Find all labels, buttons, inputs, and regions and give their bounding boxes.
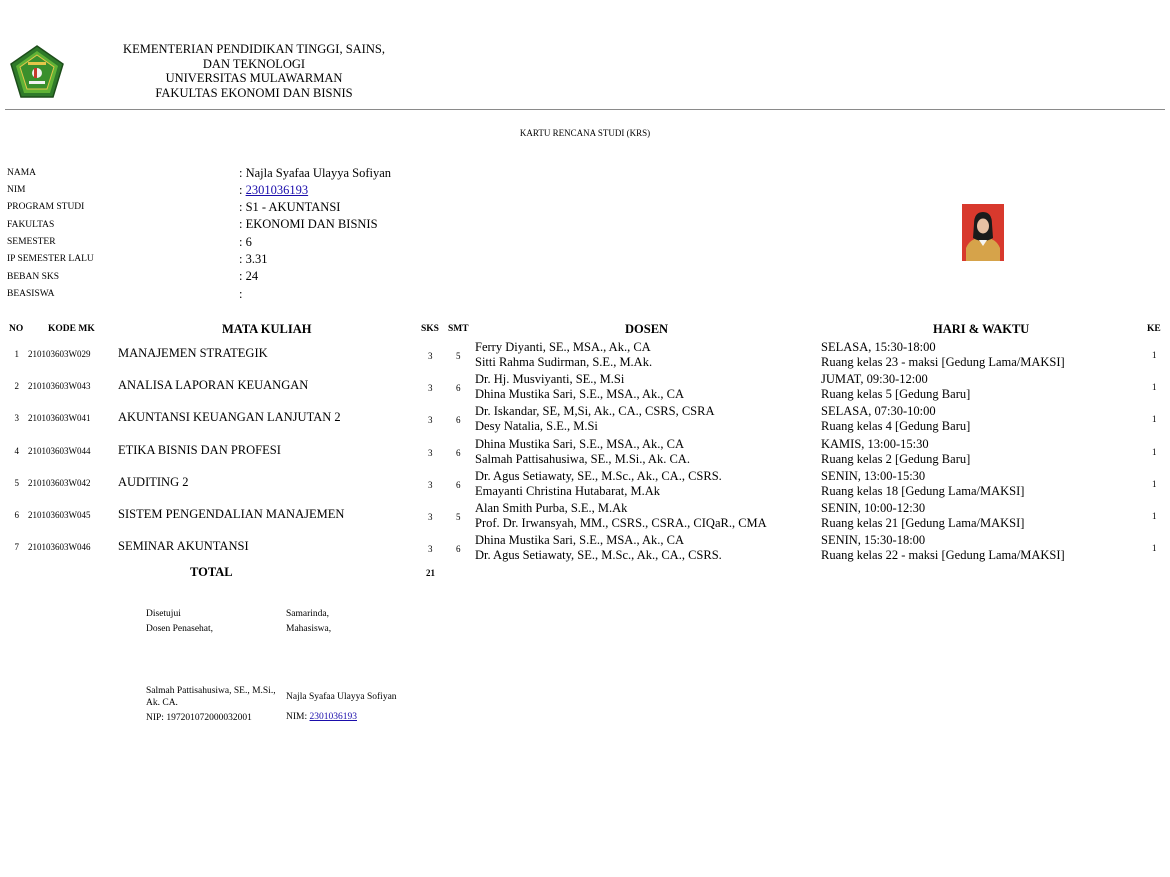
- student-approval: Samarinda, Mahasiswa,: [286, 608, 331, 635]
- row-hari-waktu: KAMIS, 13:00-15:30: [821, 437, 929, 453]
- institution-line: FAKULTAS EKONOMI DAN BISNIS: [104, 86, 404, 101]
- student-photo: [962, 204, 1004, 261]
- row-ke: 1: [1152, 350, 1157, 360]
- row-hari-waktu: SENIN, 13:00-15:30: [821, 469, 925, 485]
- row-dosen-2: Desy Natalia, S.E., M.Si: [475, 419, 598, 435]
- student-portrait-icon: [962, 204, 1004, 261]
- row-no: 2: [9, 381, 19, 391]
- row-dosen-1: Dr. Agus Setiawaty, SE., M.Sc., Ak., CA.…: [475, 469, 722, 485]
- student-nim: NIM: 2301036193: [286, 711, 397, 723]
- row-kode-mk: 210103603W046: [28, 542, 91, 552]
- row-ruang: Ruang kelas 22 - maksi [Gedung Lama/MAKS…: [821, 548, 1065, 564]
- row-sks: 3: [428, 480, 433, 490]
- row-ke: 1: [1152, 447, 1157, 457]
- field-label-fakultas: FAKULTAS: [7, 220, 54, 230]
- row-sks: 3: [428, 415, 433, 425]
- row-dosen-2: Sitti Rahma Sudirman, S.E., M.Ak.: [475, 355, 652, 371]
- row-hari-waktu: SENIN, 15:30-18:00: [821, 533, 925, 549]
- field-label-ip: IP SEMESTER LALU: [7, 254, 94, 264]
- header-sks: SKS: [421, 324, 439, 334]
- total-label: TOTAL: [190, 565, 233, 580]
- institution-header: KEMENTERIAN PENDIDIKAN TINGGI, SAINS, DA…: [104, 42, 404, 100]
- row-dosen-2: Dhina Mustika Sari, S.E., MSA., Ak., CA: [475, 387, 684, 403]
- header-kode-mk: KODE MK: [48, 324, 95, 334]
- field-value-program-studi: : S1 - AKUNTANSI: [239, 200, 340, 215]
- row-smt: 6: [456, 448, 461, 458]
- document-title: KARTU RENCANA STUDI (KRS): [0, 128, 1170, 138]
- field-label-beban-sks: BEBAN SKS: [7, 272, 59, 282]
- row-hari-waktu: SENIN, 10:00-12:30: [821, 501, 925, 517]
- row-kode-mk: 210103603W042: [28, 478, 91, 488]
- row-ruang: Ruang kelas 23 - maksi [Gedung Lama/MAKS…: [821, 355, 1065, 371]
- field-label-semester: SEMESTER: [7, 237, 56, 247]
- row-sks: 3: [428, 383, 433, 393]
- row-mata-kuliah: MANAJEMEN STRATEGIK: [118, 346, 268, 362]
- row-mata-kuliah: SISTEM PENGENDALIAN MANAJEMEN: [118, 507, 344, 523]
- row-sks: 3: [428, 448, 433, 458]
- advisor-signature: Salmah Pattisahusiwa, SE., M.Si., Ak. CA…: [146, 685, 276, 724]
- row-ke: 1: [1152, 414, 1157, 424]
- row-ke: 1: [1152, 479, 1157, 489]
- field-label-nim: NIM: [7, 185, 25, 195]
- row-ke: 1: [1152, 511, 1157, 521]
- advisor-name: Salmah Pattisahusiwa, SE., M.Si.,: [146, 685, 276, 697]
- row-kode-mk: 210103603W045: [28, 510, 91, 520]
- field-value-fakultas: : EKONOMI DAN BISNIS: [239, 217, 378, 232]
- row-ruang: Ruang kelas 21 [Gedung Lama/MAKSI]: [821, 516, 1024, 532]
- row-no: 7: [9, 542, 19, 552]
- row-smt: 6: [456, 383, 461, 393]
- row-ruang: Ruang kelas 2 [Gedung Baru]: [821, 452, 970, 468]
- university-logo: [9, 44, 65, 100]
- total-sks: 21: [426, 568, 435, 578]
- header-smt: SMT: [448, 324, 469, 334]
- nim-link[interactable]: 2301036193: [246, 183, 309, 197]
- institution-line: UNIVERSITAS MULAWARMAN: [104, 71, 404, 86]
- header-divider: [5, 109, 1165, 110]
- row-sks: 3: [428, 351, 433, 361]
- row-smt: 6: [456, 544, 461, 554]
- advisor-name-cont: Ak. CA.: [146, 697, 276, 709]
- header-no: NO: [9, 324, 23, 334]
- row-ke: 1: [1152, 382, 1157, 392]
- field-value-beban-sks: : 24: [239, 269, 258, 284]
- field-label-program-studi: PROGRAM STUDI: [7, 202, 84, 212]
- row-no: 1: [9, 349, 19, 359]
- row-no: 4: [9, 446, 19, 456]
- field-label-nama: NAMA: [7, 168, 36, 178]
- row-dosen-1: Ferry Diyanti, SE., MSA., Ak., CA: [475, 340, 651, 356]
- row-smt: 5: [456, 351, 461, 361]
- student-signature: Najla Syafaa Ulayya Sofiyan NIM: 2301036…: [286, 691, 397, 723]
- row-sks: 3: [428, 512, 433, 522]
- student-nim-link[interactable]: 2301036193: [310, 712, 358, 722]
- row-mata-kuliah: SEMINAR AKUNTANSI: [118, 539, 249, 555]
- row-dosen-2: Dr. Agus Setiawaty, SE., M.Sc., Ak., CA.…: [475, 548, 722, 564]
- header-mata-kuliah: MATA KULIAH: [222, 322, 311, 337]
- row-mata-kuliah: ANALISA LAPORAN KEUANGAN: [118, 378, 308, 394]
- field-value-ip: : 3.31: [239, 252, 267, 267]
- row-hari-waktu: SELASA, 15:30-18:00: [821, 340, 936, 356]
- row-smt: 5: [456, 512, 461, 522]
- row-mata-kuliah: AKUNTANSI KEUANGAN LANJUTAN 2: [118, 410, 341, 426]
- row-dosen-1: Dr. Iskandar, SE, M,Si, Ak., CA., CSRS, …: [475, 404, 714, 420]
- row-smt: 6: [456, 415, 461, 425]
- row-ke: 1: [1152, 543, 1157, 553]
- field-value-semester: : 6: [239, 235, 252, 250]
- header-dosen: DOSEN: [625, 322, 668, 337]
- row-no: 3: [9, 413, 19, 423]
- field-label-beasiswa: BEASISWA: [7, 289, 55, 299]
- row-dosen-2: Salmah Pattisahusiwa, SE., M.Si., Ak. CA…: [475, 452, 690, 468]
- advisor-role: Dosen Penasehat,: [146, 623, 213, 635]
- advisor-nip: NIP: 197201072000032001: [146, 712, 276, 724]
- row-dosen-1: Dhina Mustika Sari, S.E., MSA., Ak., CA: [475, 533, 684, 549]
- row-dosen-2: Emayanti Christina Hutabarat, M.Ak: [475, 484, 660, 500]
- field-value-beasiswa: :: [239, 287, 242, 302]
- row-kode-mk: 210103603W043: [28, 381, 91, 391]
- row-mata-kuliah: ETIKA BISNIS DAN PROFESI: [118, 443, 281, 459]
- row-no: 5: [9, 478, 19, 488]
- institution-line: KEMENTERIAN PENDIDIKAN TINGGI, SAINS,: [104, 42, 404, 57]
- student-name: Najla Syafaa Ulayya Sofiyan: [286, 691, 397, 703]
- advisor-approval: Disetujui Dosen Penasehat,: [146, 608, 213, 635]
- header-hari-waktu: HARI & WAKTU: [933, 322, 1029, 337]
- institution-line: DAN TEKNOLOGI: [104, 57, 404, 72]
- row-dosen-1: Dr. Hj. Musviyanti, SE., M.Si: [475, 372, 624, 388]
- nim-label: NIM:: [286, 712, 310, 722]
- university-crest-icon: [9, 44, 65, 100]
- row-mata-kuliah: AUDITING 2: [118, 475, 188, 491]
- row-no: 6: [9, 510, 19, 520]
- field-value-nim: : 2301036193: [239, 183, 308, 198]
- row-hari-waktu: SELASA, 07:30-10:00: [821, 404, 936, 420]
- row-ruang: Ruang kelas 18 [Gedung Lama/MAKSI]: [821, 484, 1024, 500]
- row-kode-mk: 210103603W044: [28, 446, 91, 456]
- row-dosen-1: Alan Smith Purba, S.E., M.Ak: [475, 501, 627, 517]
- row-ruang: Ruang kelas 4 [Gedung Baru]: [821, 419, 970, 435]
- row-smt: 6: [456, 480, 461, 490]
- place-label: Samarinda,: [286, 608, 331, 620]
- field-value-nama: : Najla Syafaa Ulayya Sofiyan: [239, 166, 391, 181]
- header-ke: KE: [1147, 324, 1161, 334]
- nim-prefix: :: [239, 183, 246, 197]
- row-dosen-1: Dhina Mustika Sari, S.E., MSA., Ak., CA: [475, 437, 684, 453]
- row-sks: 3: [428, 544, 433, 554]
- student-role: Mahasiswa,: [286, 623, 331, 635]
- row-kode-mk: 210103603W029: [28, 349, 91, 359]
- row-hari-waktu: JUMAT, 09:30-12:00: [821, 372, 928, 388]
- row-ruang: Ruang kelas 5 [Gedung Baru]: [821, 387, 970, 403]
- approval-label: Disetujui: [146, 608, 213, 620]
- row-kode-mk: 210103603W041: [28, 413, 91, 423]
- row-dosen-2: Prof. Dr. Irwansyah, MM., CSRS., CSRA., …: [475, 516, 767, 532]
